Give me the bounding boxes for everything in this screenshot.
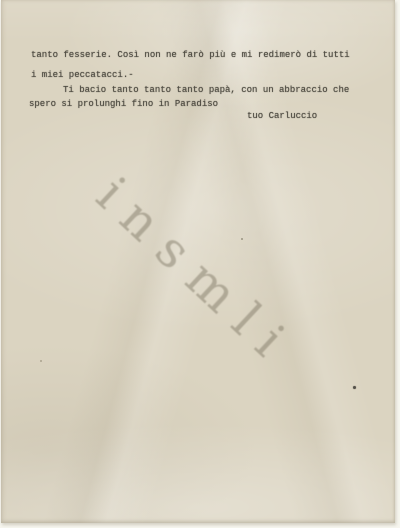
paper-sheet: tanto fesserie. Così non ne farò più e m…: [1, 0, 395, 523]
letter-line-3: Ti bacio tanto tanto tanto papà, con un …: [63, 86, 349, 95]
letter-signature: tuo Carluccio: [247, 112, 317, 121]
ink-speck: [353, 386, 356, 389]
letter-line-2: i miei peccatacci.-: [31, 71, 134, 80]
scanned-letter-page: tanto fesserie. Così non ne farò più e m…: [0, 0, 400, 528]
ink-speck: [40, 360, 42, 362]
ink-speck: [241, 238, 243, 240]
letter-line-1: tanto fesserie. Così non ne farò più e m…: [31, 51, 350, 60]
letter-line-4: spero si prolunghi fino in Paradiso: [29, 100, 218, 109]
archive-watermark: insmli: [85, 166, 307, 378]
